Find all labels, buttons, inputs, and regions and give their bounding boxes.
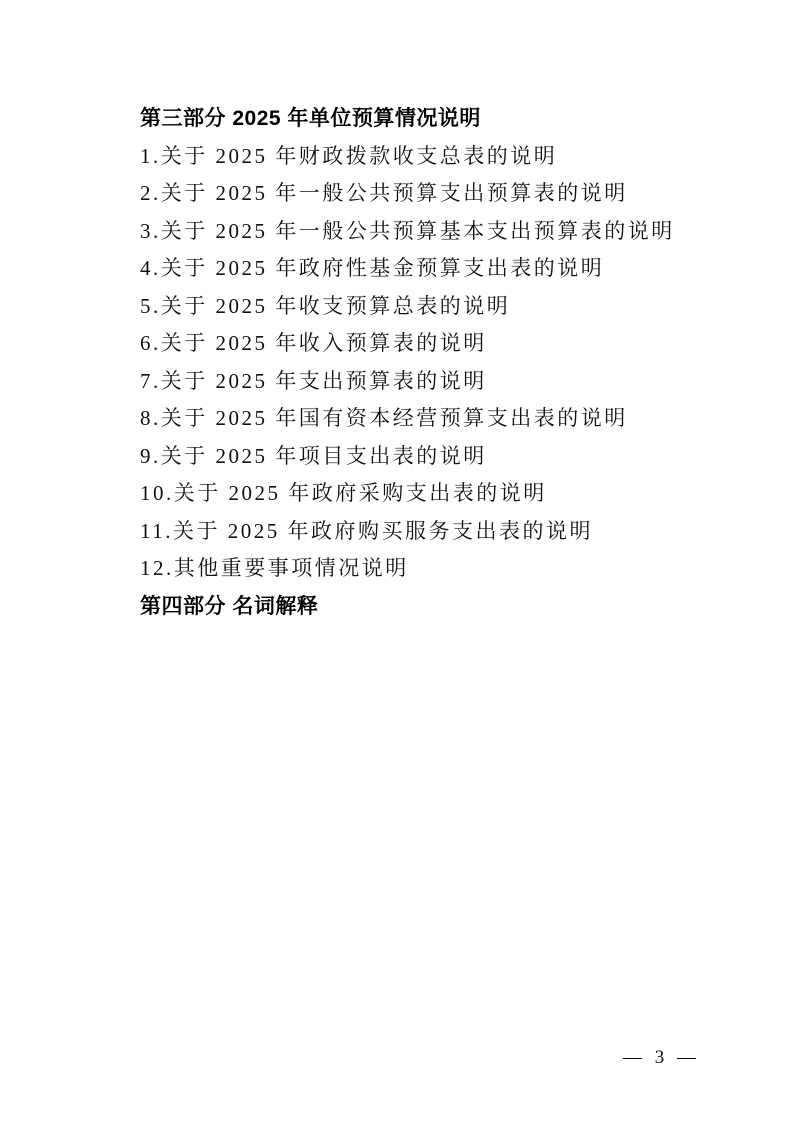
section-heading-part3: 第三部分 2025 年单位预算情况说明 (140, 100, 680, 138)
toc-item-8: 8.关于 2025 年国有资本经营预算支出表的说明 (140, 400, 680, 438)
toc-item-9: 9.关于 2025 年项目支出表的说明 (140, 438, 680, 476)
toc-item-2: 2.关于 2025 年一般公共预算支出预算表的说明 (140, 175, 680, 213)
document-page: 第三部分 2025 年单位预算情况说明 1.关于 2025 年财政拨款收支总表的… (0, 0, 793, 1122)
page-number: — 3 — (623, 1046, 700, 1070)
toc-item-1: 1.关于 2025 年财政拨款收支总表的说明 (140, 138, 680, 176)
toc-item-5: 5.关于 2025 年收支预算总表的说明 (140, 288, 680, 326)
section-heading-part4: 第四部分 名词解释 (140, 588, 680, 626)
toc-content: 第三部分 2025 年单位预算情况说明 1.关于 2025 年财政拨款收支总表的… (140, 100, 680, 625)
toc-item-4: 4.关于 2025 年政府性基金预算支出表的说明 (140, 250, 680, 288)
toc-item-12: 12.其他重要事项情况说明 (140, 550, 680, 588)
toc-item-6: 6.关于 2025 年收入预算表的说明 (140, 325, 680, 363)
toc-item-7: 7.关于 2025 年支出预算表的说明 (140, 363, 680, 401)
toc-item-3: 3.关于 2025 年一般公共预算基本支出预算表的说明 (140, 213, 680, 251)
toc-item-11: 11.关于 2025 年政府购买服务支出表的说明 (140, 513, 680, 551)
toc-item-10: 10.关于 2025 年政府采购支出表的说明 (140, 475, 680, 513)
